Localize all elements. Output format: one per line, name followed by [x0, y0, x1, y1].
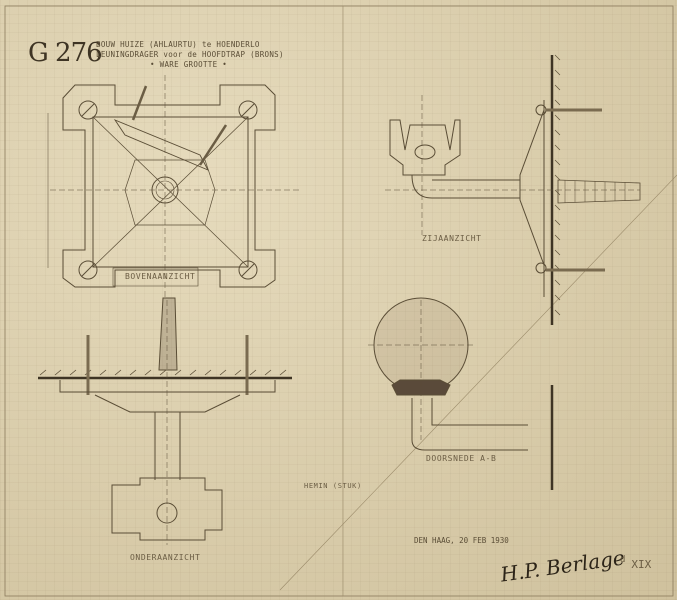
sheet-number-value: XIX — [631, 558, 651, 571]
sheet-mark: d — [620, 555, 625, 565]
label-bottom-view: ONDERAANZICHT — [130, 553, 200, 562]
date-place: DEN HAAG, 20 FEB 1930 — [414, 536, 509, 545]
label-side-view: ZIJAANZICHT — [422, 234, 482, 243]
sheet-number: dXIX — [620, 558, 651, 571]
front-view — [38, 298, 292, 545]
top-view — [48, 75, 300, 300]
label-middle-note: HEMIN (STUK) — [304, 482, 362, 490]
label-top-view: BOVENAANZICHT — [125, 272, 195, 281]
title-line-3: • WARE GROOTTE • — [150, 60, 227, 69]
title-line-1: BOUW HUIZE (AHLAURTU) te HOENDERLO — [96, 40, 260, 49]
sheet-border — [5, 6, 673, 596]
drawing-sheet: G 276 BOUW HUIZE (AHLAURTU) te HOENDERLO… — [0, 0, 677, 600]
label-section-view: DOORSNEDE A-B — [426, 454, 496, 463]
title-line-2: LEUNINGDRAGER voor de HOOFDTRAP (BRONS) — [96, 50, 284, 59]
side-view — [385, 55, 640, 325]
drawing-code: G 276 — [28, 38, 102, 68]
technical-drawing — [0, 0, 677, 600]
